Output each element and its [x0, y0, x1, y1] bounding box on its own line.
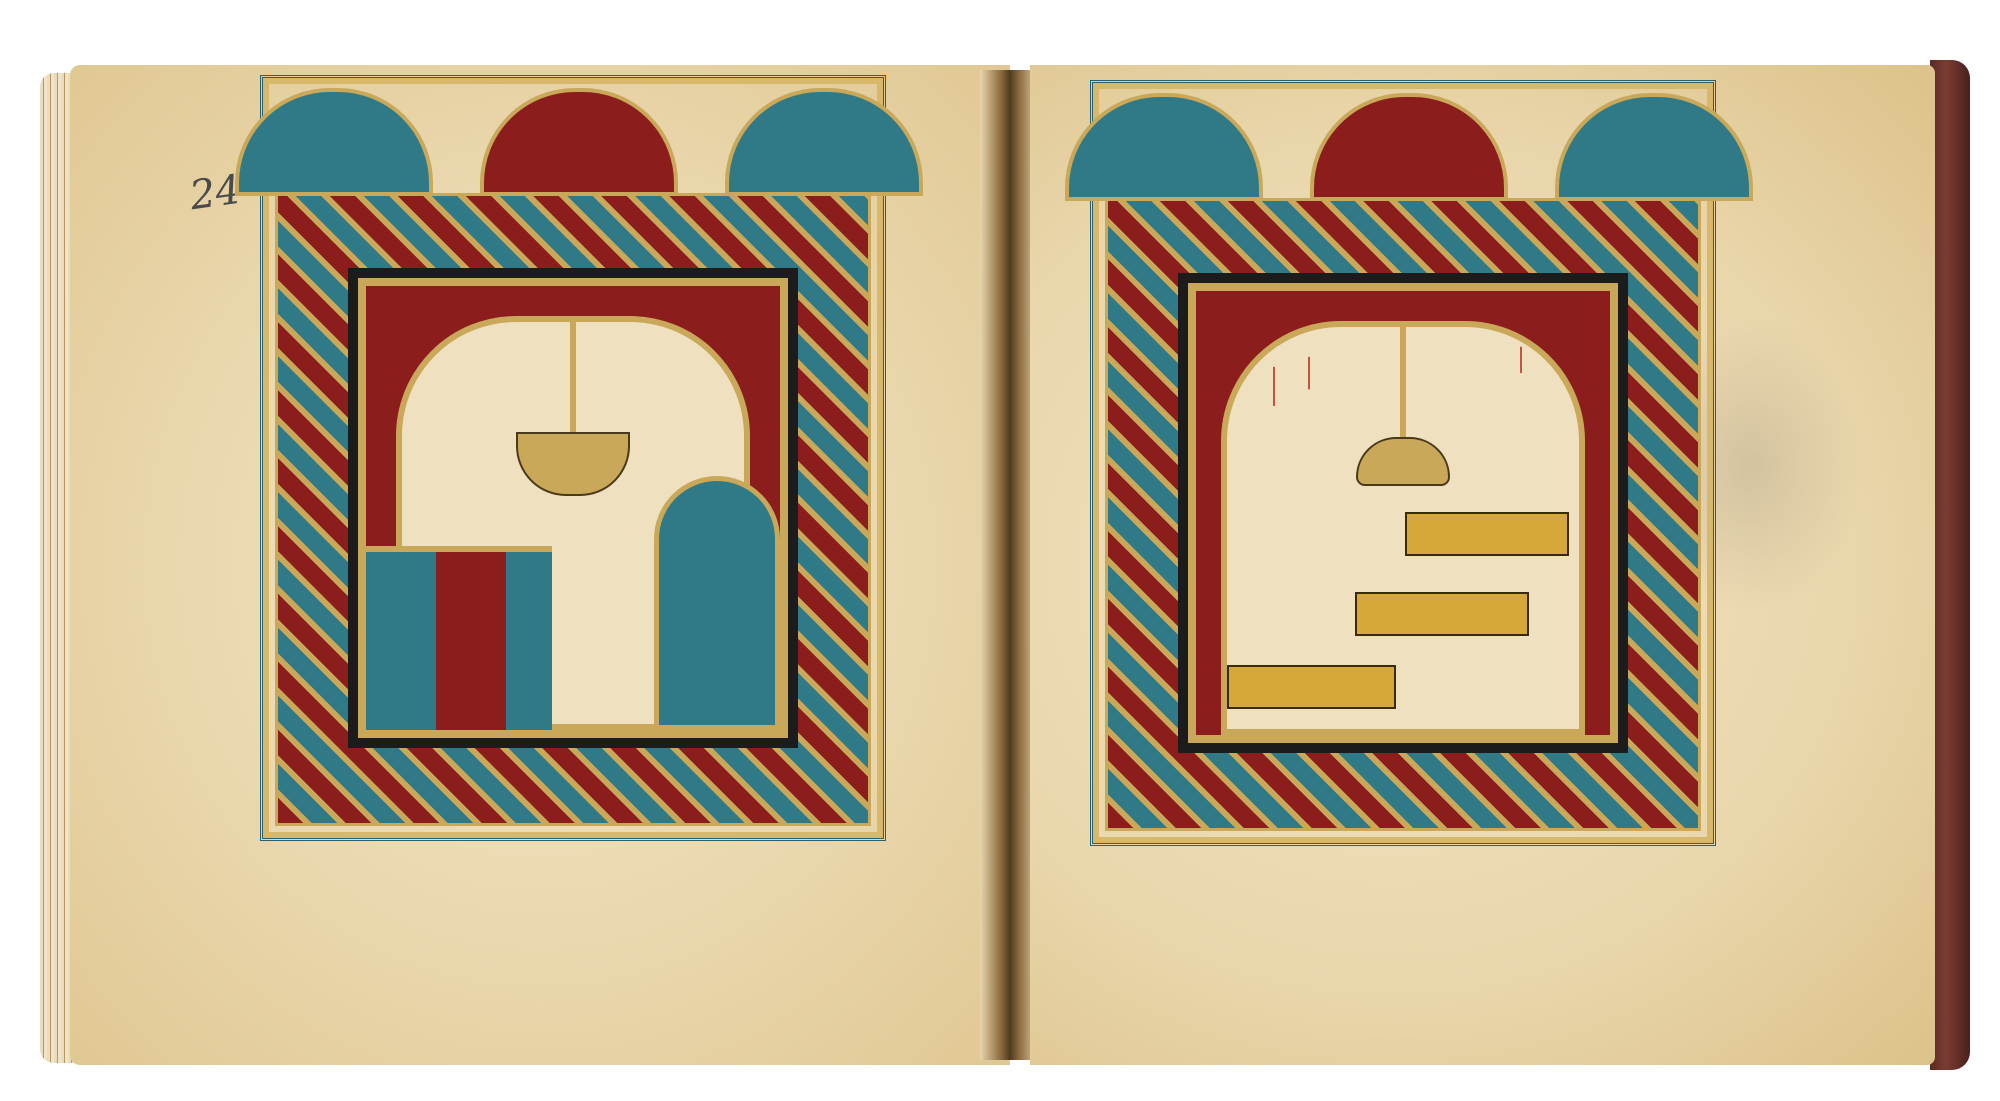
- frieze-arch: [1065, 93, 1263, 201]
- niche-arch: ــــــ ـــــ ــــ: [1221, 321, 1585, 735]
- open-manuscript: 24: [40, 55, 1960, 1055]
- central-panel: [348, 268, 798, 748]
- left-page: 24: [70, 65, 1010, 1065]
- frieze-arch: [1310, 93, 1508, 201]
- hanging-lamp-icon: [516, 432, 630, 496]
- left-illumination: [260, 75, 886, 841]
- lamp-chain: [570, 322, 576, 432]
- winged-lamp-icon: [1356, 437, 1450, 486]
- arch-frieze: [275, 88, 871, 188]
- frieze-arch: [235, 88, 433, 196]
- central-panel: ــــــ ـــــ ــــ: [1178, 273, 1628, 753]
- gold-step-bar: [1405, 512, 1569, 556]
- lamp-chain: [1400, 327, 1406, 437]
- red-field: ــــــ ـــــ ــــ: [1196, 291, 1610, 735]
- red-inscription: ـــــ: [1302, 357, 1327, 557]
- side-arch: [654, 476, 780, 730]
- red-inscription: ــــ: [1514, 347, 1539, 497]
- frieze-arch: [1555, 93, 1753, 201]
- leather-binding: [1930, 60, 1970, 1070]
- red-inscription: ــــــ: [1267, 367, 1292, 597]
- red-field: [366, 286, 780, 730]
- arch-frieze: [1105, 93, 1701, 193]
- gold-step-bar: [1227, 665, 1396, 709]
- right-page: ــــــ ـــــ ــــ: [1030, 65, 1935, 1065]
- gold-step-bar: [1355, 592, 1529, 636]
- right-illumination: ــــــ ـــــ ــــ: [1090, 80, 1716, 846]
- minbar-steps: [366, 546, 552, 730]
- frieze-arch: [480, 88, 678, 196]
- frieze-arch: [725, 88, 923, 196]
